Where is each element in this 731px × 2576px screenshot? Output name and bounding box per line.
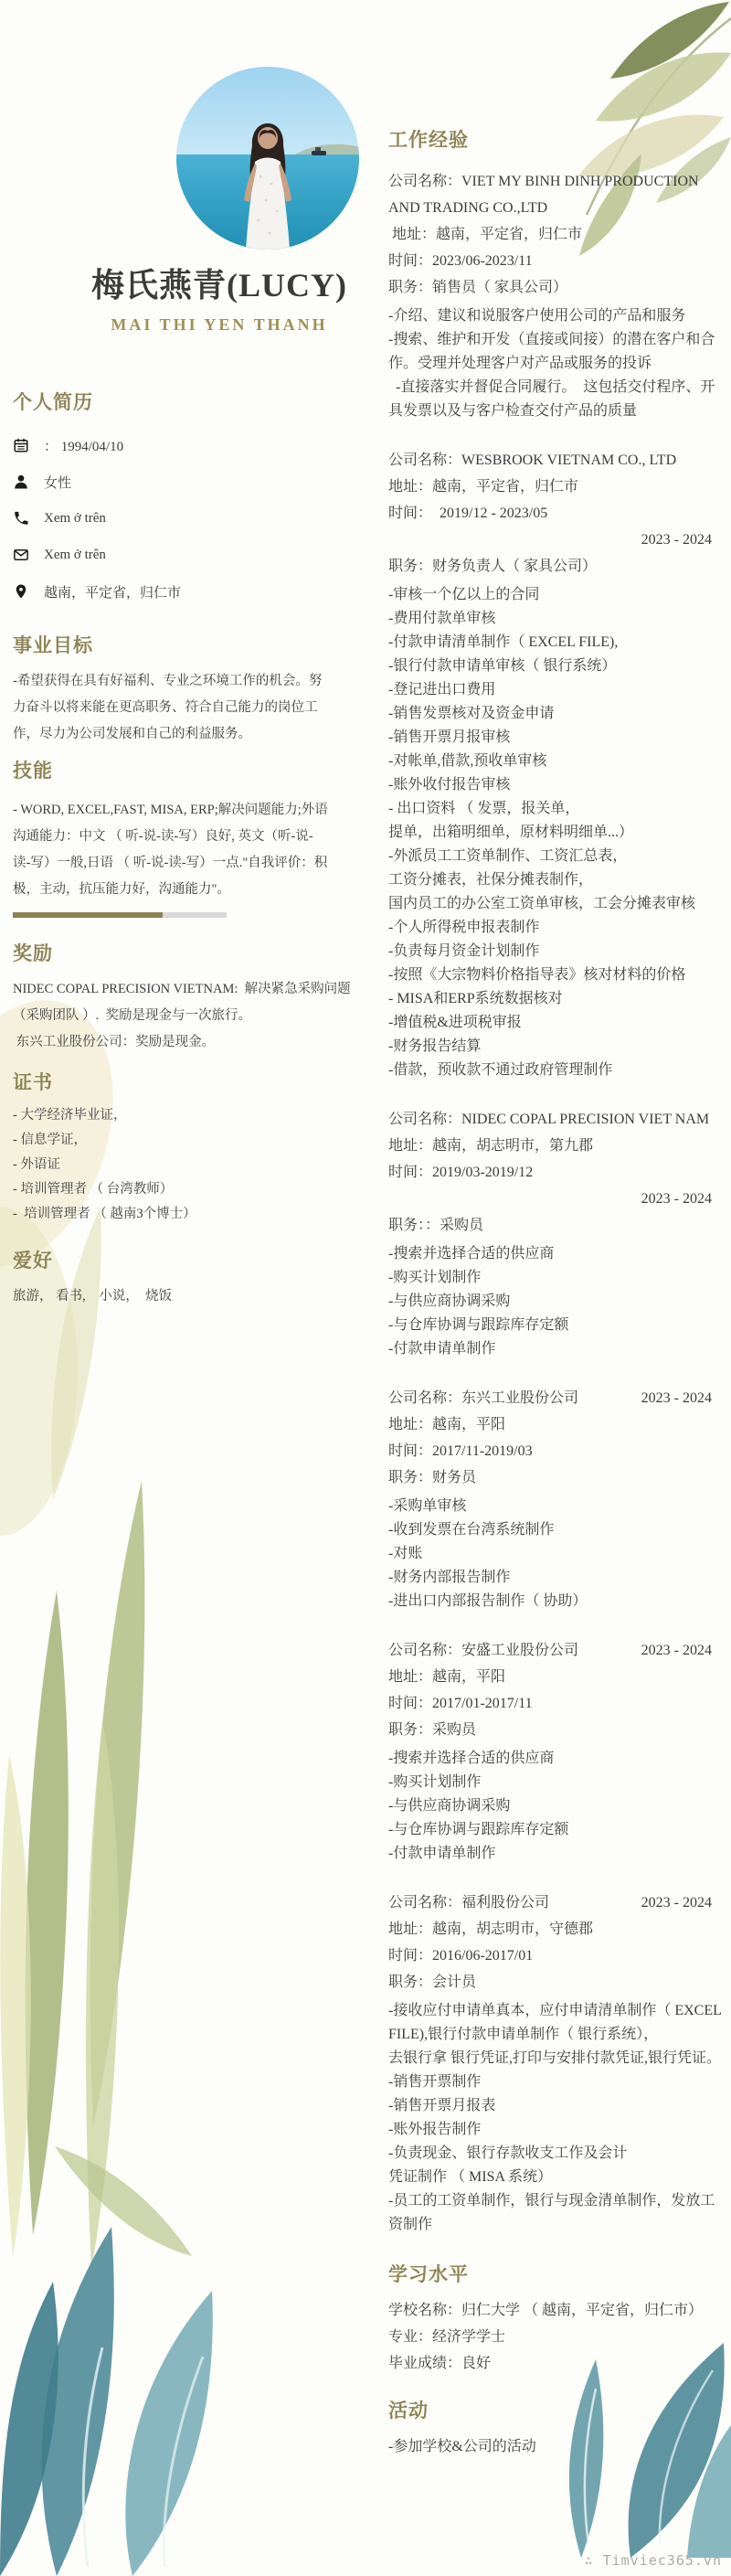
company-date-badge: 2023 - 2024 — [641, 1889, 723, 1916]
company-role: 职务：销售员（ 家具公司） — [388, 274, 723, 301]
duty-line: -销售开票月报表 — [388, 2094, 723, 2118]
calendar-icon — [13, 437, 29, 453]
company-name: 公司名称：福利股份公司 — [388, 1889, 641, 1916]
duty-line: -费用付款单审核 — [388, 607, 723, 631]
resume-page: 梅氏燕青(LUCY) MAI THI YEN THANH 个人简历 ： 1994… — [0, 0, 731, 2576]
company-name: 公司名称：WESBROOK VIETNAM CO., LTD — [388, 447, 723, 474]
certificates-title: 证书 — [13, 1069, 328, 1096]
duty-line: -借款，预收款不通过政府管理制作 — [388, 1059, 723, 1082]
company-address: 地址：越南，胡志明市，守德郡 — [388, 1916, 723, 1943]
duty-line: 提单，出箱明细单，原材料明细单...） — [388, 821, 723, 845]
mail-icon — [13, 547, 29, 563]
certificate-item: - 培训管理者 （ 越南3个博士） — [13, 1202, 328, 1227]
objective-title: 事业目标 — [13, 632, 328, 659]
job-entry: 公司名称：NIDEC COPAL PRECISION VIET NAM地址：越南… — [388, 1106, 723, 1361]
watercolor-leaves-bottom-left — [0, 2146, 256, 2576]
activity-line: -参加学校&公司的活动 — [388, 2433, 723, 2460]
company-name: 公司名称：东兴工业股份公司 — [388, 1385, 641, 1411]
company-role: 职务：：采购员 — [388, 1212, 723, 1239]
company-row: 公司名称：VIET MY BINH DINH PRODUCTION AND TR… — [388, 168, 723, 221]
experience-jobs: 公司名称：VIET MY BINH DINH PRODUCTION AND TR… — [388, 168, 723, 2237]
job-entry: 公司名称：东兴工业股份公司2023 - 2024地址：越南，平阳时间：2017/… — [388, 1385, 723, 1613]
duty-line: -负责现金、银行存款收支工作及会计 — [388, 2142, 723, 2166]
duty-line: -购买计划制作 — [388, 1266, 723, 1290]
duty-line: -搜索、维护和开发（直接或间接）的潜在客户和合作。受理并处理客户对产品或服务的投… — [388, 328, 723, 376]
duty-line: -销售开票月报审核 — [388, 726, 723, 750]
job-entry: 公司名称：VIET MY BINH DINH PRODUCTION AND TR… — [388, 168, 723, 423]
email-row: Xem ở trên — [13, 537, 328, 573]
duty-line: -按照《大宗物料价格指导表》核对材料的价格 — [388, 963, 723, 987]
duty-line: -与供应商协调采购 — [388, 1290, 723, 1314]
certificate-item: - 外语证 — [13, 1153, 328, 1177]
company-address: 地址：越南，平定省，归仁市 — [388, 221, 723, 248]
duty-line: - 出口资料 （ 发票，报关单， — [388, 797, 723, 821]
duty-line: -增值税&进项税审报 — [388, 1011, 723, 1035]
section-certificates: 证书 - 大学经济毕业证，- 信息学证，- 外语证- 培训管理者 （ 台湾教师）… — [13, 1069, 328, 1227]
section-activities: 活动 -参加学校&公司的活动 — [388, 2397, 723, 2460]
duty-line: -对帐单,借款,预收单审核 — [388, 750, 723, 773]
company-address: 地址：越南，平阳 — [388, 1664, 723, 1690]
awards-title: 奖励 — [13, 940, 328, 967]
award-line: （采购团队 ）. 奖励是现金与一次旅行。 — [13, 1003, 328, 1029]
company-name: 公司名称：NIDEC COPAL PRECISION VIET NAM — [388, 1106, 723, 1133]
duty-line: -登记进出口费用 — [388, 678, 723, 702]
company-role: 职务：财务员 — [388, 1464, 723, 1491]
company-date-badge: 2023 - 2024 — [641, 1385, 723, 1411]
duty-line: -付款申请单制作 — [388, 1842, 723, 1866]
right-column: 工作经验 公司名称：VIET MY BINH DINH PRODUCTION A… — [388, 126, 723, 2460]
duty-line: -搜索并选择合适的供应商 — [388, 1242, 723, 1266]
duty-line: -负责每月资金计划制作 — [388, 940, 723, 963]
personal-info-list: ： 1994/04/10 女性 Xem ở trên Xem ở trên 越南… — [13, 427, 328, 610]
birthday-value: ： 1994/04/10 — [44, 436, 123, 455]
email-value: Xem ở trên — [44, 548, 106, 563]
certificate-item: - 大学经济毕业证， — [13, 1103, 328, 1128]
duty-line: -销售开票制作 — [388, 2070, 723, 2094]
skill-bar-fill — [13, 912, 163, 918]
duty-line: -审核一个亿以上的合同 — [388, 583, 723, 607]
company-period: 时间：2017/01-2017/11 — [388, 1690, 723, 1717]
duty-line: -付款申请清单制作（ EXCEL FILE), — [388, 631, 723, 655]
location-icon — [13, 583, 29, 600]
duty-line: 工资分摊表，社保分摊表制作， — [388, 868, 723, 892]
skill-level-bar — [13, 912, 227, 918]
duty-line: -采购单审核 — [388, 1495, 723, 1518]
certificate-item: - 信息学证， — [13, 1128, 328, 1153]
company-row: 公司名称：NIDEC COPAL PRECISION VIET NAM — [388, 1106, 723, 1133]
company-name: 公司名称：VIET MY BINH DINH PRODUCTION AND TR… — [388, 168, 723, 221]
skills-title: 技能 — [13, 757, 328, 784]
job-entry: 公司名称：福利股份公司2023 - 2024地址：越南，胡志明市，守德郡时间：2… — [388, 1889, 723, 2237]
duty-line: -与仓库协调与跟踪库存定额 — [388, 1314, 723, 1337]
company-period: 时间：2023/06-2023/11 — [388, 248, 723, 274]
education-line: 毕业成绩：良好 — [388, 2350, 723, 2377]
company-date-badge: 2023 - 2024 — [388, 527, 723, 553]
company-name: 公司名称：安盛工业股份公司 — [388, 1637, 641, 1664]
person-icon — [13, 474, 29, 490]
objective-text: -希望获得在具有好福利、专业之环境工作的机会。努力奋斗以将来能在更高职务、符合自… — [13, 668, 328, 748]
duty-line: -进出口内部报告制作（ 协助） — [388, 1590, 723, 1613]
activities-title: 活动 — [388, 2397, 723, 2424]
company-period: 时间：2019/03-2019/12 — [388, 1159, 723, 1186]
gender-row: 女性 — [13, 463, 328, 500]
awards-list: NIDEC COPAL PRECISION VIETNAM: 解决紧急采购问题（… — [13, 976, 328, 1056]
company-date-badge: 2023 - 2024 — [388, 1186, 723, 1212]
education-list: 学校名称：归仁大学 （ 越南，平定省，归仁市）专业：经济学学士毕业成绩：良好 — [388, 2297, 723, 2377]
section-hobbies: 爱好 旅游， 看书, 小说， 烧饭 — [13, 1247, 328, 1310]
duty-line: -外派员工工资单制作、工资汇总表， — [388, 845, 723, 868]
section-personal-info: 个人简历 ： 1994/04/10 女性 Xem ở trên Xem ở tr… — [13, 389, 328, 610]
personal-info-title: 个人简历 — [13, 389, 328, 416]
certificate-item: - 培训管理者 （ 台湾教师） — [13, 1177, 328, 1202]
duty-line: -销售发票核对及资金申请 — [388, 702, 723, 726]
company-role: 职务：采购员 — [388, 1717, 723, 1743]
duty-line: - MISA和ERP系统数据核对 — [388, 987, 723, 1011]
duty-line: -财务报告结算 — [388, 1035, 723, 1059]
duty-line: -直接落实并督促合同履行。 这包括交付程序、开具发票以及与客户检查交付产品的质量 — [388, 376, 723, 423]
person-name-latin: MAI THI YEN THANH — [50, 315, 388, 335]
duty-line: -与供应商协调采购 — [388, 1794, 723, 1818]
gender-value: 女性 — [44, 473, 71, 492]
duty-line: -员工的工资单制作，银行与现金清单制作，发放工资制作 — [388, 2189, 723, 2237]
identity-header: 梅氏燕青(LUCY) MAI THI YEN THANH — [50, 260, 388, 335]
duty-line: -收到发票在台湾系统制作 — [388, 1518, 723, 1542]
company-row: 公司名称：安盛工业股份公司2023 - 2024 — [388, 1637, 723, 1664]
company-address: 地址：越南，平阳 — [388, 1411, 723, 1438]
activities-list: -参加学校&公司的活动 — [388, 2433, 723, 2460]
section-education: 学习水平 学校名称：归仁大学 （ 越南，平定省，归仁市）专业：经济学学士毕业成绩… — [388, 2261, 723, 2377]
address-value: 越南，平定省，归仁市 — [44, 582, 181, 601]
duty-line: -财务内部报告制作 — [388, 1566, 723, 1590]
job-entry: 公司名称：WESBROOK VIETNAM CO., LTD地址：越南，平定省，… — [388, 447, 723, 1082]
experience-title: 工作经验 — [388, 126, 723, 154]
duty-line: 去银行拿 银行凭证,打印与安排付款凭证,银行凭证。 — [388, 2047, 723, 2070]
duty-line: -搜索并选择合适的供应商 — [388, 1747, 723, 1771]
section-skills: 技能 - WORD, EXCEL,FAST, MISA, ERP;解决问题能力;… — [13, 757, 328, 918]
duty-line: -银行付款申请单审核（ 银行系统） — [388, 655, 723, 678]
company-row: 公司名称：WESBROOK VIETNAM CO., LTD — [388, 447, 723, 474]
company-address: 地址：越南，平定省，归仁市 — [388, 474, 723, 500]
company-row: 公司名称：福利股份公司2023 - 2024 — [388, 1889, 723, 1916]
phone-row: Xem ở trên — [13, 500, 328, 537]
company-period: 时间：2016/06-2017/01 — [388, 1943, 723, 1969]
duty-line: -接收应付申请单真本，应付申请清单制作（ EXCEL FILE),银行付款申请单… — [388, 1999, 723, 2047]
duty-line: -个人所得税申报表制作 — [388, 916, 723, 940]
company-period: 时间： 2019/12 - 2023/05 — [388, 500, 723, 527]
duty-line: -购买计划制作 — [388, 1771, 723, 1794]
company-address: 地址：越南，胡志明市，第九郡 — [388, 1133, 723, 1159]
phone-value: Xem ở trên — [44, 511, 106, 527]
left-column: 个人简历 ： 1994/04/10 女性 Xem ở trên Xem ở tr… — [13, 389, 328, 1310]
duty-line: 凭证制作 （ MISA 系统） — [388, 2166, 723, 2189]
person-name: 梅氏燕青(LUCY) — [50, 260, 388, 306]
company-role: 职务：财务负责人（ 家具公司） — [388, 553, 723, 580]
duty-line: -账外报告制作 — [388, 2118, 723, 2142]
profile-photo — [176, 67, 359, 250]
company-row: 公司名称：东兴工业股份公司2023 - 2024 — [388, 1385, 723, 1411]
duty-line: -账外收付报告审核 — [388, 773, 723, 797]
company-role: 职务：会计员 — [388, 1969, 723, 1996]
award-line: 东兴工业股份公司：奖励是现金。 — [13, 1029, 328, 1056]
job-entry: 公司名称：安盛工业股份公司2023 - 2024地址：越南，平阳时间：2017/… — [388, 1637, 723, 1866]
hobbies-title: 爱好 — [13, 1247, 328, 1274]
education-title: 学习水平 — [388, 2261, 723, 2288]
phone-icon — [13, 510, 29, 527]
company-date-badge: 2023 - 2024 — [641, 1637, 723, 1664]
duty-line: 国内员工的办公室工资单审核，工会分摊表审核 — [388, 892, 723, 916]
section-awards: 奖励 NIDEC COPAL PRECISION VIETNAM: 解决紧急采购… — [13, 940, 328, 1056]
certificates-list: - 大学经济毕业证，- 信息学证，- 外语证- 培训管理者 （ 台湾教师）- 培… — [13, 1103, 328, 1227]
birthday-row: ： 1994/04/10 — [13, 427, 328, 463]
duty-line: -与仓库协调与跟踪库存定额 — [388, 1818, 723, 1842]
education-line: 专业：经济学学士 — [388, 2324, 723, 2350]
skills-text: - WORD, EXCEL,FAST, MISA, ERP;解决问题能力;外语沟… — [13, 797, 328, 903]
education-line: 学校名称：归仁大学 （ 越南，平定省，归仁市） — [388, 2297, 723, 2324]
duty-line: -对账 — [388, 1542, 723, 1566]
company-period: 时间：2017/11-2019/03 — [388, 1438, 723, 1464]
site-watermark: ∴ Timviec365.vn — [585, 2552, 722, 2569]
section-objective: 事业目标 -希望获得在具有好福利、专业之环境工作的机会。努力奋斗以将来能在更高职… — [13, 632, 328, 748]
award-line: NIDEC COPAL PRECISION VIETNAM: 解决紧急采购问题 — [13, 976, 328, 1003]
duty-line: -介绍、建议和说服客户使用公司的产品和服务 — [388, 304, 723, 328]
duty-line: -付款申请单制作 — [388, 1337, 723, 1361]
address-row: 越南，平定省，归仁市 — [13, 573, 328, 610]
hobbies-text: 旅游， 看书, 小说， 烧饭 — [13, 1283, 328, 1310]
